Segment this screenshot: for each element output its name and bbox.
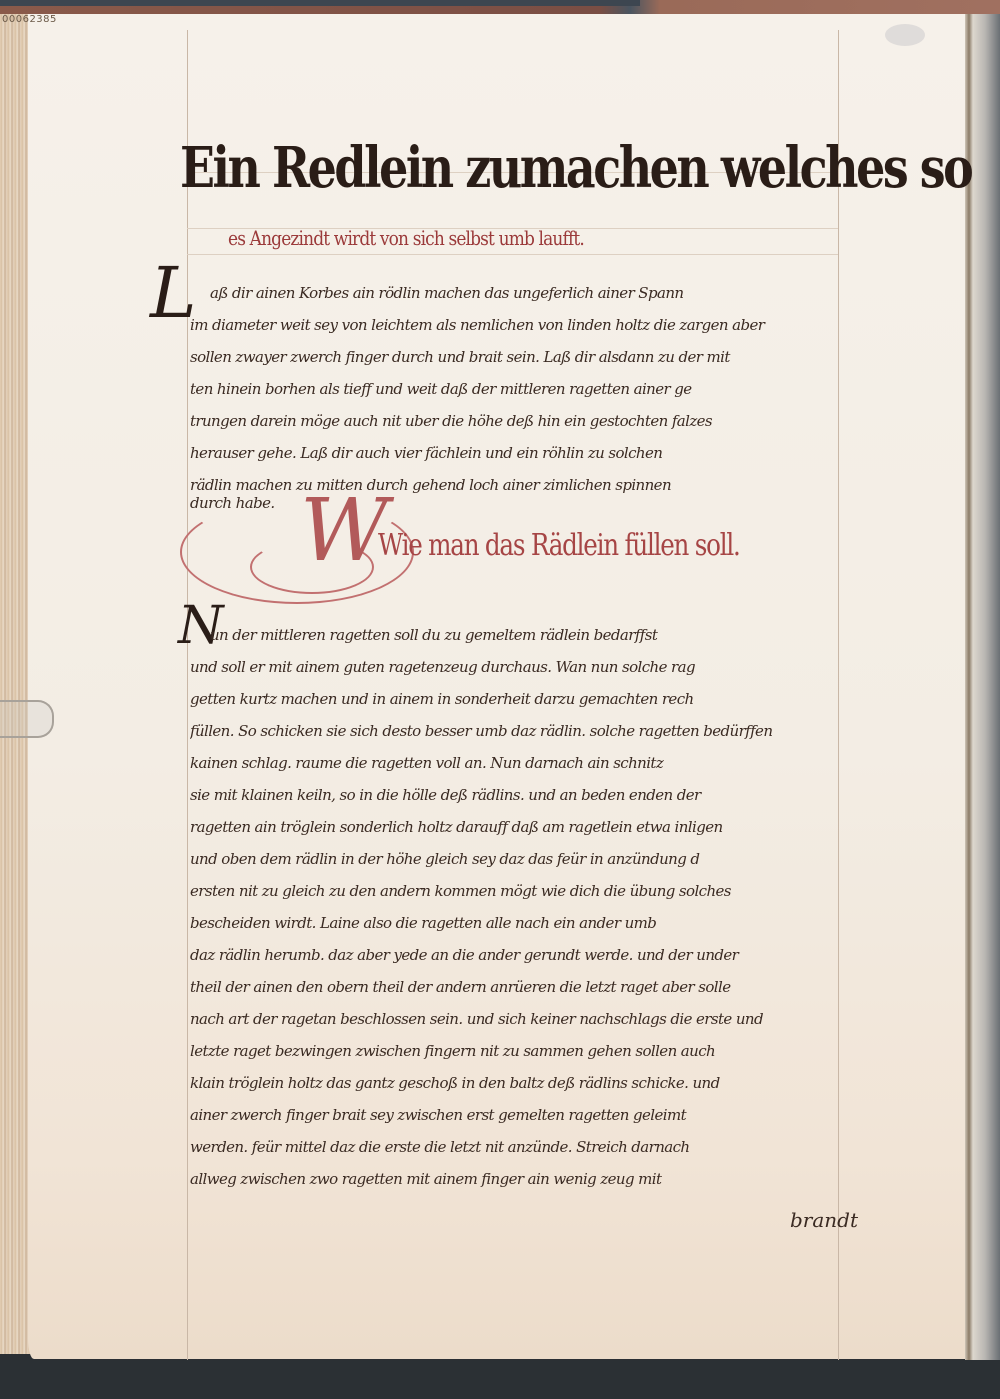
text-line: bescheiden wirdt. Laine also die ragette… xyxy=(190,908,850,938)
text-line: ainer zwerch finger brait sey zwischen e… xyxy=(190,1100,850,1130)
text-line: aß dir ainen Korbes ain rödlin machen da… xyxy=(210,278,850,308)
text-line: werden. feür mittel daz die erste die le… xyxy=(190,1132,850,1162)
text-line: im diameter weit sey von leichtem als ne… xyxy=(190,310,850,340)
text-line: sie mit klainen keiln, so in die hölle d… xyxy=(190,780,850,810)
text-line: ragetten ain tröglein sonderlich holtz d… xyxy=(190,812,850,842)
text-line: un der mittleren ragetten soll du zu gem… xyxy=(210,620,850,650)
text-line: daz rädlin herumb. daz aber yede an die … xyxy=(190,940,850,970)
text-line: nach art der ragetan beschlossen sein. u… xyxy=(190,1004,850,1034)
text-line: ten hinein borhen als tieff und weit daß… xyxy=(190,374,850,404)
right-page-edge xyxy=(965,14,1000,1399)
paper-clip-icon xyxy=(0,700,54,738)
binding-dark-band xyxy=(0,0,640,6)
text-line: klain tröglein holtz das gantz geschoß i… xyxy=(190,1068,850,1098)
text-line: ersten nit zu gleich zu den andern komme… xyxy=(190,876,850,906)
text-line: theil der ainen den obern theil der ande… xyxy=(190,972,850,1002)
section-heading: Wie man das Rädlein füllen soll. xyxy=(378,528,740,563)
text-line: und oben dem rädlin in der höhe gleich s… xyxy=(190,844,850,874)
text-line: herauser gehe. Laß dir auch vier fächlei… xyxy=(190,438,850,468)
text-line: und soll er mit ainem guten ragetenzeug … xyxy=(190,652,850,682)
text-line: trungen darein möge auch nit uber die hö… xyxy=(190,406,850,436)
decorated-initial-w: W xyxy=(300,488,388,574)
left-margin-rule xyxy=(187,30,188,1360)
text-line: kainen schlag. raume die ragetten voll a… xyxy=(190,748,850,778)
top-binding-strip xyxy=(0,0,1000,14)
title-rule-bottom xyxy=(187,254,838,255)
catchword: brandt xyxy=(790,1208,858,1232)
text-line: letzte raget bezwingen zwischen fingern … xyxy=(190,1036,850,1066)
stain-mark xyxy=(885,24,925,46)
text-line: sollen zwayer zwerch finger durch und br… xyxy=(190,342,850,372)
text-line: getten kurtz machen und in ainem in sond… xyxy=(190,684,850,714)
text-line: füllen. So schicken sie sich desto besse… xyxy=(190,716,850,746)
page-title: Ein Redlein zumachen welches so xyxy=(180,140,738,196)
text-line: allweg zwischen zwo ragetten mit ainem f… xyxy=(190,1164,850,1194)
bottom-shadow xyxy=(0,1360,1000,1399)
image-id-label: 00062385 xyxy=(2,14,57,25)
page-subtitle: es Angezindt wirdt von sich selbst umb l… xyxy=(228,226,584,250)
